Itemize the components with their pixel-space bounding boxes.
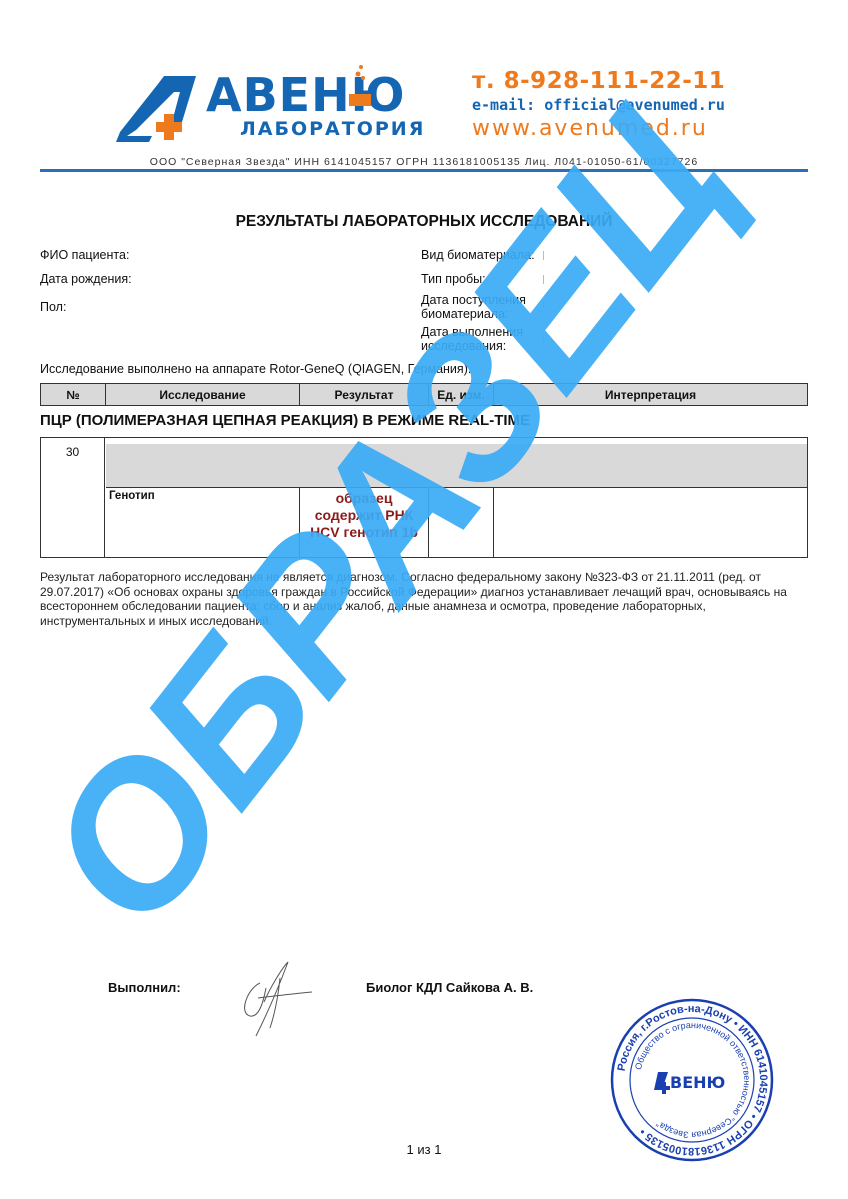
disclaimer: Результат лабораторного исследования не … <box>40 570 810 628</box>
header-divider <box>40 169 808 172</box>
result-line-2: содержит РНК <box>300 507 428 524</box>
result-line-3: HCV генотип 1b <box>300 524 428 541</box>
contact-email[interactable]: e-mail: official@avenumed.ru <box>472 96 725 114</box>
biomaterial-type-value <box>543 251 544 260</box>
receipt-date-value <box>543 302 544 308</box>
col-result: Результат <box>300 384 429 405</box>
stamp-icon: Россия, г.Ростов-на-Дону • ИНН 614104515… <box>608 996 776 1164</box>
col-unit: Ед. изм. <box>429 384 494 405</box>
sample-type-label: Тип пробы: <box>421 272 486 286</box>
col-interpretation: Интерпретация <box>494 384 807 405</box>
patient-name-label: ФИО пациента: <box>40 248 129 262</box>
performed-by-label: Выполнил: <box>108 980 181 995</box>
result-line-1: образец <box>300 490 428 507</box>
signature-icon <box>230 958 320 1038</box>
receipt-date-label-line1: Дата поступления <box>421 293 526 307</box>
results-table-header: № Исследование Результат Ед. изм. Интерп… <box>40 383 808 406</box>
unit-cell <box>429 488 494 558</box>
analysis-date-label-line1: Дата выполнения <box>421 325 523 339</box>
sample-type-value <box>543 275 544 284</box>
col-number: № <box>41 384 106 405</box>
col-test: Исследование <box>106 384 300 405</box>
receipt-date-label: Дата поступления биоматериала: <box>421 293 526 321</box>
contact-phone: т. 8-928-111-22-11 <box>472 68 725 94</box>
table-row: 30 Генотип образец содержит РНК HCV гено… <box>40 437 808 558</box>
sex-label: Пол: <box>40 300 66 314</box>
svg-text:ВЕНЮ: ВЕНЮ <box>670 1073 725 1092</box>
analysis-date-value <box>543 335 544 341</box>
signer-name: Биолог КДЛ Сайкова А. В. <box>366 980 533 995</box>
brand-subtitle: ЛАБОРАТОРИЯ <box>240 118 425 140</box>
page-title: РЕЗУЛЬТАТЫ ЛАБОРАТОРНЫХ ИССЛЕДОВАНИЙ <box>0 213 848 231</box>
org-details: ООО "Северная Звезда" ИНН 6141045157 ОГР… <box>0 156 848 168</box>
group-header-band <box>106 444 807 487</box>
result-row: Генотип образец содержит РНК HCV генотип… <box>106 487 807 558</box>
result-value: образец содержит РНК HCV генотип 1b <box>300 488 429 558</box>
page-number: 1 из 1 <box>0 1142 848 1157</box>
interpretation-cell <box>494 488 807 558</box>
contact-website[interactable]: www.avenumed.ru <box>472 116 708 141</box>
receipt-date-label-line2: биоматериала: <box>421 307 526 321</box>
analysis-date-label-line2: исследования: <box>421 339 523 353</box>
analysis-date-label: Дата выполнения исследования: <box>421 325 523 353</box>
row-number: 30 <box>41 438 105 557</box>
test-name: Генотип <box>106 488 300 558</box>
section-title: ПЦР (ПОЛИМЕРАЗНАЯ ЦЕПНАЯ РЕАКЦИЯ) В РЕЖИ… <box>40 412 530 429</box>
birth-date-label: Дата рождения: <box>40 272 132 286</box>
equipment-note: Исследование выполнено на аппарате Rotor… <box>40 362 471 376</box>
flask-icon <box>331 64 377 112</box>
logo-mark-icon <box>116 70 202 142</box>
biomaterial-type-label: Вид биоматериала: <box>421 248 535 262</box>
